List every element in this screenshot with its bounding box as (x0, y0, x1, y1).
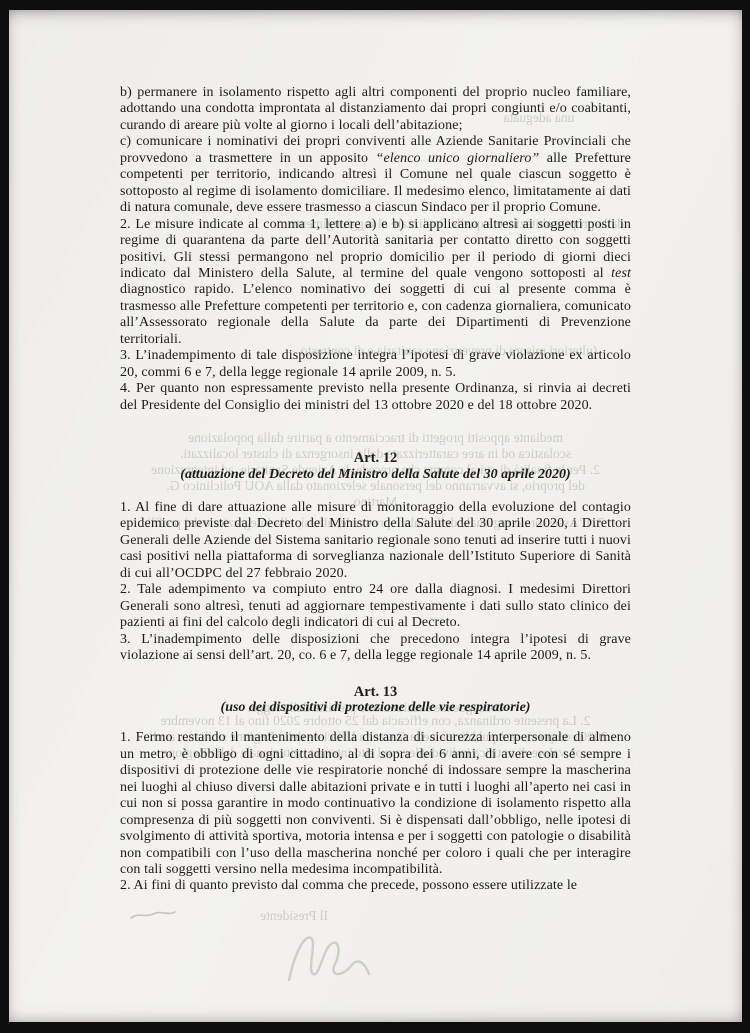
document-page: una adeguatadalla propria abitazione a q… (9, 10, 742, 1022)
bleedthrough-text: Il Presidente (224, 908, 364, 924)
article-12-subtitle: (attuazione del Decreto del Ministro del… (120, 467, 631, 483)
paragraph-art13-comma-1: 1. Fermo restando il mantenimento della … (120, 730, 631, 878)
paragraph-art13-comma-2: 2. Ai fini di quanto previsto dal comma … (120, 878, 631, 894)
paragraph-art12-comma-2: 2. Tale adempimento va compiuto entro 24… (120, 582, 631, 631)
document-text: b) permanere in isolamento rispetto agli… (120, 85, 631, 895)
italic-word-test: test (611, 266, 631, 281)
article-13-subtitle: (uso dei dispositivi di protezione delle… (120, 700, 631, 716)
scan-background: una adeguatadalla propria abitazione a q… (0, 0, 750, 1033)
pencil-scribble (129, 908, 177, 922)
article-12-title: Art. 12 (120, 450, 631, 466)
article-13-title: Art. 13 (120, 684, 631, 700)
paragraph-comma-c: c) comunicare i nominativi dei propri co… (120, 134, 631, 216)
italic-quoted-phrase: “elenco unico giornaliero” (376, 151, 540, 166)
paragraph-comma-4: 4. Per quanto non espressamente previsto… (120, 381, 631, 414)
paragraph-art12-comma-1: 1. Al fine di dare attuazione alle misur… (120, 500, 631, 582)
paragraph-art12-comma-3: 3. L’inadempimento delle disposizioni ch… (120, 632, 631, 665)
text-segment: diagnostico rapido. L’elenco nominativo … (120, 282, 631, 346)
paragraph-comma-b: b) permanere in isolamento rispetto agli… (120, 85, 631, 134)
paragraph-comma-2: 2. Le misure indicate al comma 1, letter… (120, 217, 631, 349)
paragraph-comma-3: 3. L’inadempimento di tale disposizione … (120, 348, 631, 381)
text-segment: 2. Le misure indicate al comma 1, letter… (120, 217, 631, 281)
signature-bleedthrough (277, 922, 377, 992)
